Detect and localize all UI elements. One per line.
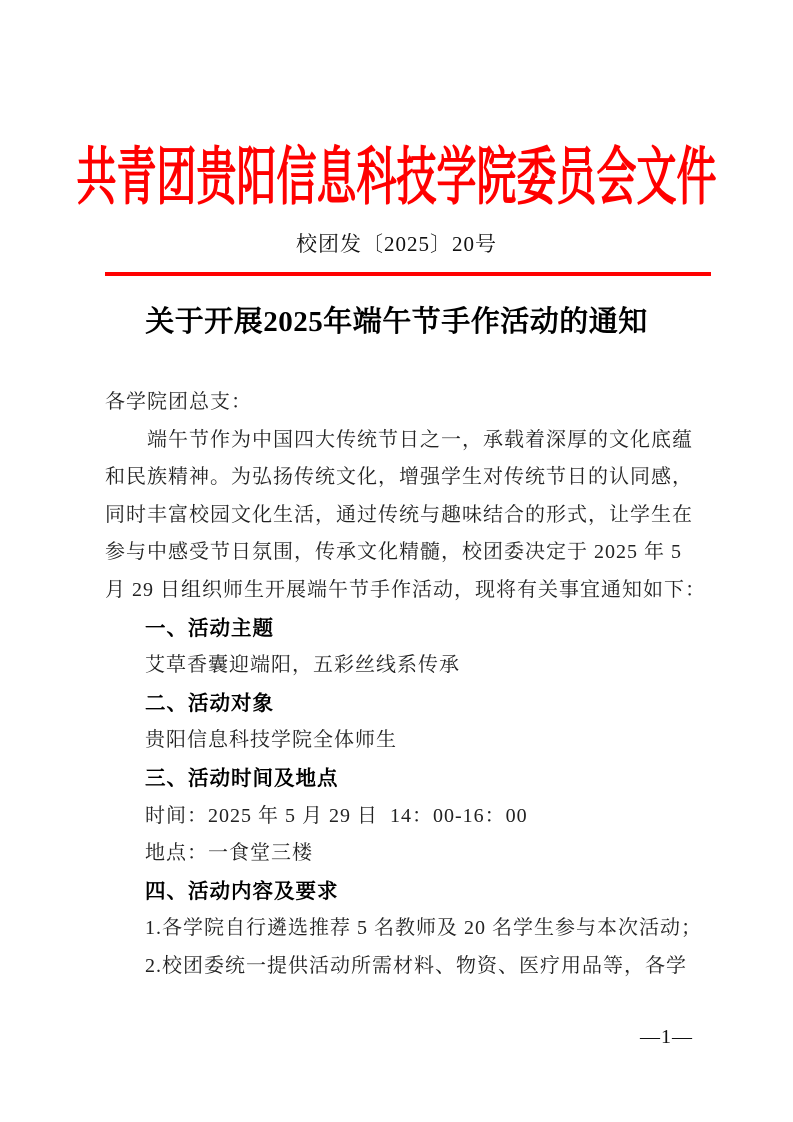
section-content-activity-audience: 贵阳信息科技学院全体师生 [105, 722, 697, 760]
section-content-requirement-item: 2.校团委统一提供活动所需材料、物资、医疗用品等，各学 [105, 948, 697, 986]
intro-paragraph-line: 月 29 日组织师生开展端午节手作活动，现将有关事宜通知如下： [105, 572, 697, 610]
section-content-activity-theme: 艾草香囊迎端阳，五彩丝线系传承 [105, 647, 697, 685]
document-number: 校团发〔2025〕20号 [0, 228, 793, 258]
page-number: —1— [640, 1026, 693, 1049]
document-body: 各学院团总支： 端午节作为中国四大传统节日之一，承载着深厚的文化底蕴 和民族精神… [105, 384, 697, 986]
section-content-time: 时间：2025 年 5 月 29 日 14：00-16：00 [105, 798, 697, 836]
document-title: 关于开展2025年端午节手作活动的通知 [0, 299, 793, 340]
section-content-requirement-item: 1.各学院自行遴选推荐 5 名教师及 20 名学生参与本次活动； [105, 910, 697, 948]
section-heading-time-place: 三、活动时间及地点 [105, 760, 697, 798]
intro-paragraph-line: 参与中感受节日氛围，传承文化精髓，校团委决定于 2025 年 5 [105, 534, 697, 572]
red-header-org-name: 共青团贵阳信息科技学院委员会文件 [0, 123, 793, 234]
intro-paragraph-line: 端午节作为中国四大传统节日之一，承载着深厚的文化底蕴 [105, 422, 697, 460]
section-heading-activity-audience: 二、活动对象 [105, 685, 697, 723]
section-content-place: 地点：一食堂三楼 [105, 835, 697, 873]
intro-paragraph-line: 同时丰富校园文化生活，通过传统与趣味结合的形式，让学生在 [105, 497, 697, 535]
salutation: 各学院团总支： [105, 384, 697, 422]
section-heading-activity-theme: 一、活动主题 [105, 610, 697, 648]
section-heading-content-requirements: 四、活动内容及要求 [105, 873, 697, 911]
document-page: 共青团贵阳信息科技学院委员会文件 校团发〔2025〕20号 关于开展2025年端… [0, 0, 793, 1122]
red-divider-line [105, 272, 711, 276]
intro-paragraph-line: 和民族精神。为弘扬传统文化，增强学生对传统节日的认同感， [105, 459, 697, 497]
